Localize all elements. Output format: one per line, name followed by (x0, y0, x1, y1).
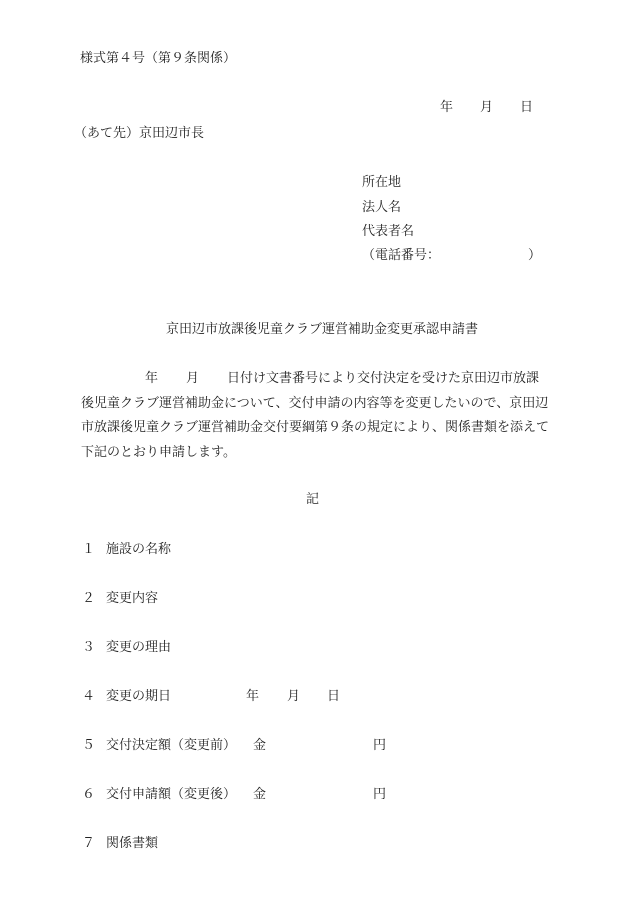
document-title: 京田辺市放課後児童クラブ運営補助金変更承認申請書 (166, 322, 478, 338)
date-month: 月 (480, 100, 493, 116)
representative-label: 代表者名 (362, 224, 414, 240)
phone-close: ） (528, 248, 541, 264)
date-day: 日 (520, 100, 533, 116)
addressee: （あて先）京田辺市長 (74, 126, 204, 142)
body-year: 年 (145, 371, 158, 386)
body-month: 月 (186, 371, 199, 386)
form-number: 様式第４号（第９条関係） (80, 51, 236, 67)
corporation-label: 法人名 (362, 200, 401, 216)
phone-label: （電話番号： (362, 248, 440, 264)
address-label: 所在地 (362, 175, 401, 191)
ki-heading: 記 (306, 492, 319, 508)
body-paragraph: 年月日付け文書番号により交付決定を受けた京田辺市放課後児童クラブ運営補助金につい… (81, 367, 551, 465)
date-year: 年 (440, 100, 453, 116)
